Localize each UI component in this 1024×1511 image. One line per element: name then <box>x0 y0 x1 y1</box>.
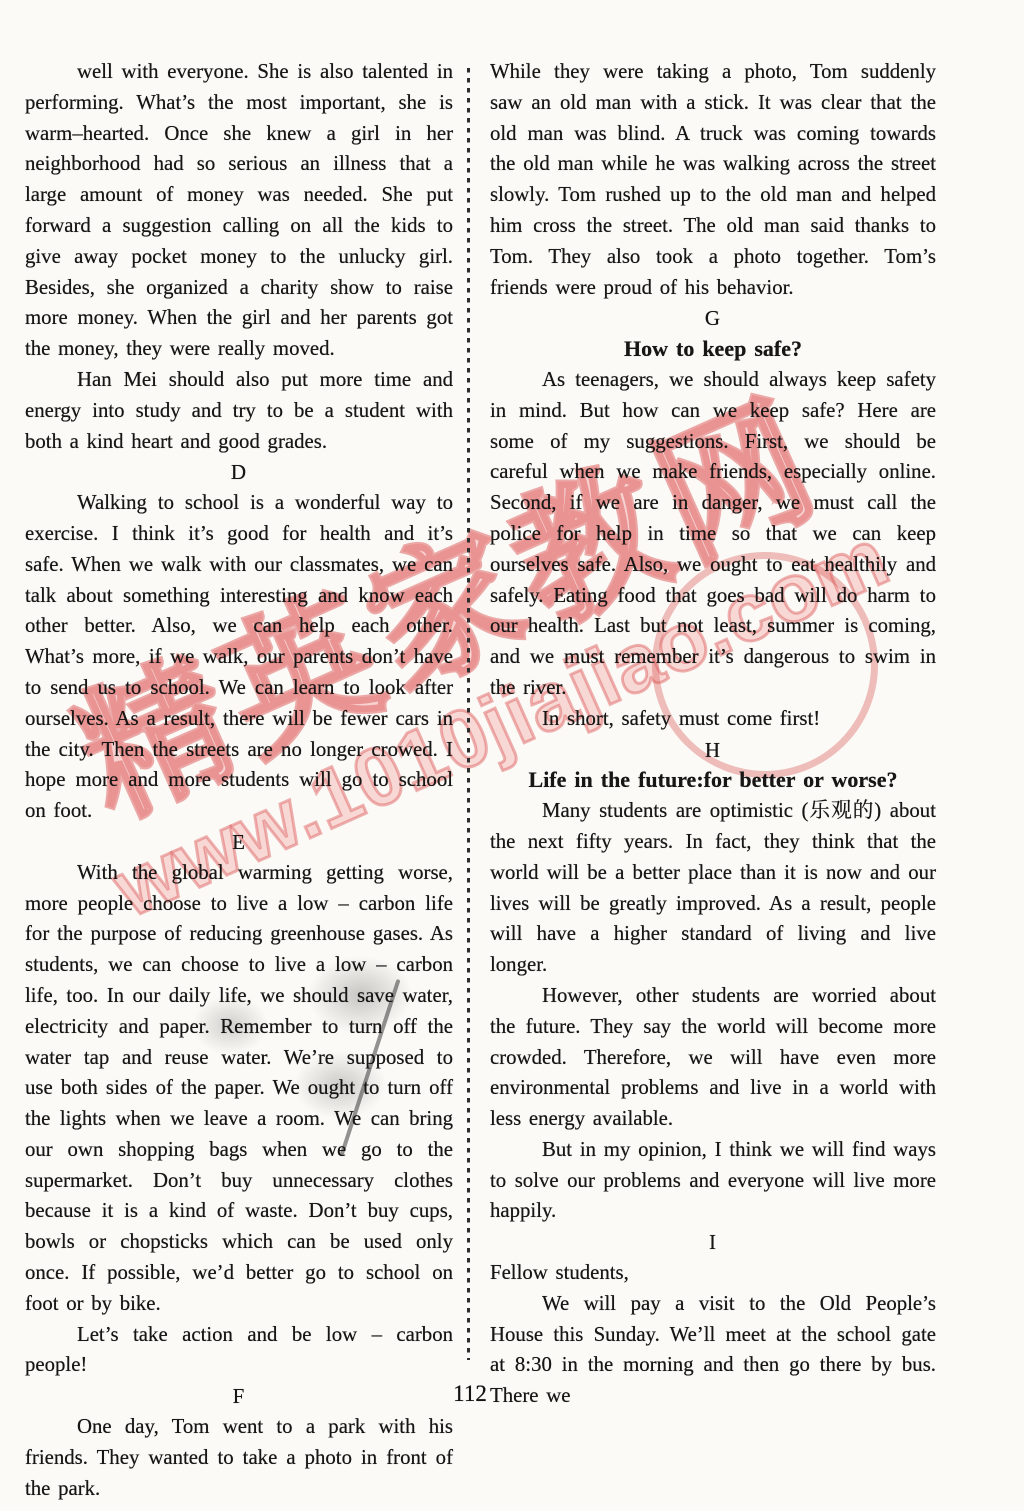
paragraph-f-continued: While they were taking a photo, Tom sudd… <box>490 57 936 303</box>
paragraph-visit-old-peoples-house: We will pay a visit to the Old People’s … <box>490 1289 936 1412</box>
section-heading-g: G <box>490 303 936 334</box>
section-heading-f: F <box>25 1381 453 1412</box>
right-column: While they were taking a photo, Tom sudd… <box>490 57 936 1412</box>
paragraph-take-action: Let’s take action and be low – carbon pe… <box>25 1320 453 1382</box>
page-number: 112 <box>423 1381 517 1407</box>
section-heading-i: I <box>490 1227 936 1258</box>
left-column: well with everyone. She is also talented… <box>25 57 453 1504</box>
paragraph-safety-first: In short, safety must come first! <box>490 704 936 735</box>
section-heading-h: H <box>490 735 936 766</box>
paragraph-low-carbon: With the global warming getting worse, m… <box>25 858 453 1320</box>
paragraph-fellow-students: Fellow students, <box>490 1258 936 1289</box>
paragraph-walking-to-school: Walking to school is a wonderful way to … <box>25 488 453 827</box>
paragraph-han-mei: Han Mei should also put more time and en… <box>25 365 453 457</box>
column-divider-dashed-line <box>467 68 470 1360</box>
paragraph-keep-safe: As teenagers, we should always keep safe… <box>490 365 936 704</box>
paragraph-my-opinion: But in my opinion, I think we will find … <box>490 1135 936 1227</box>
title-how-to-keep-safe: How to keep safe? <box>490 334 936 365</box>
paragraph-worried: However, other students are worried abou… <box>490 981 936 1135</box>
paragraph-tom-park: One day, Tom went to a park with his fri… <box>25 1412 453 1504</box>
section-heading-d: D <box>25 457 453 488</box>
section-heading-e: E <box>25 827 453 858</box>
title-life-in-the-future: Life in the future:for better or worse? <box>490 765 936 796</box>
paragraph-c-continued: well with everyone. She is also talented… <box>25 57 453 365</box>
paragraph-optimistic: Many students are optimistic (乐观的) about… <box>490 796 936 981</box>
scanned-book-page: 精英家教网 www.1010jiajiao.com well with ever… <box>0 0 1024 1511</box>
